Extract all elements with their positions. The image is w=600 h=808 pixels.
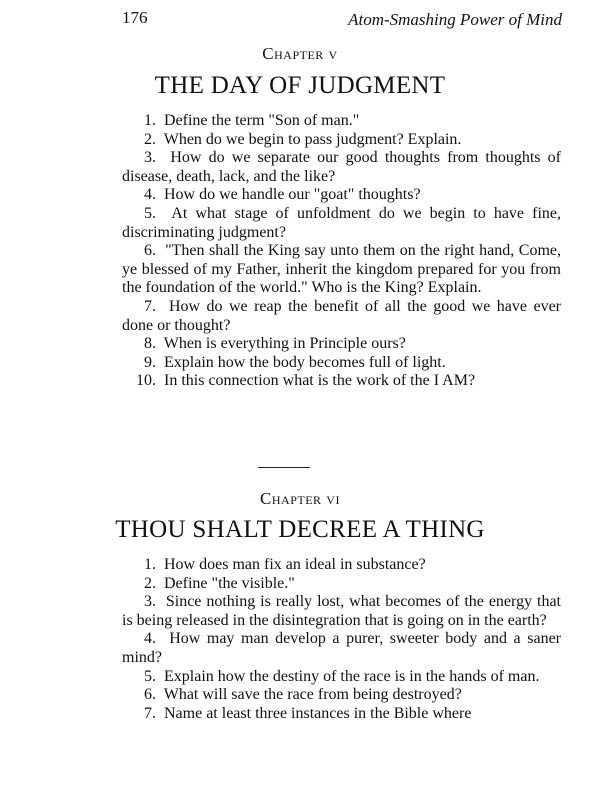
- question-item: 10. In this connection what is the work …: [122, 372, 561, 391]
- question-item: 4. How may man develop a purer, sweeter …: [122, 630, 561, 667]
- chapter-title: THOU SHALT DECREE A THING: [0, 516, 600, 544]
- chapter-label: Chapter vi: [0, 489, 600, 509]
- running-head: 176 Atom-Smashing Power of Mind: [122, 8, 562, 32]
- question-item: 1. Define the term "Son of man.": [122, 112, 561, 131]
- question-item: 2. When do we begin to pass judgment? Ex…: [122, 131, 561, 150]
- question-item: 8. When is everything in Principle ours?: [122, 335, 561, 354]
- question-item: 4. How do we handle our "goat" thoughts?: [122, 186, 561, 205]
- question-item: 6. "Then shall the King say unto them on…: [122, 242, 561, 298]
- question-item: 1. How does man fix an ideal in substanc…: [122, 556, 561, 575]
- chapter-label: Chapter v: [0, 44, 600, 64]
- book-page: 176 Atom-Smashing Power of Mind Chapter …: [0, 0, 600, 808]
- question-item: 7. How do we reap the benefit of all the…: [122, 298, 561, 335]
- question-item: 5. At what stage of unfoldment do we beg…: [122, 205, 561, 242]
- question-item: 6. What will save the race from being de…: [122, 686, 561, 705]
- question-item: 9. Explain how the body becomes full of …: [122, 354, 561, 373]
- section-divider: [258, 467, 310, 468]
- question-item: 7. Name at least three instances in the …: [122, 705, 561, 724]
- page-number: 176: [122, 8, 148, 28]
- question-list: 1. How does man fix an ideal in substanc…: [122, 556, 561, 723]
- question-item: 3. Since nothing is really lost, what be…: [122, 593, 561, 630]
- book-title: Atom-Smashing Power of Mind: [348, 10, 562, 30]
- question-item: 3. How do we separate our good thoughts …: [122, 149, 561, 186]
- chapter-title: THE DAY OF JUDGMENT: [0, 72, 600, 100]
- question-list: 1. Define the term "Son of man." 2. When…: [122, 112, 561, 391]
- question-item: 5. Explain how the destiny of the race i…: [122, 668, 561, 687]
- question-item: 2. Define "the visible.": [122, 575, 561, 594]
